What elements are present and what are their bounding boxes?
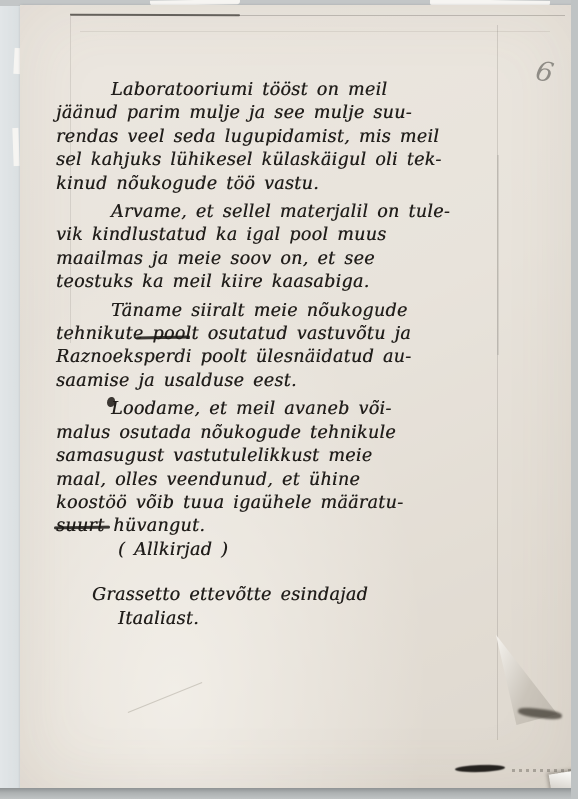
letter-line: jäänud parim mulje ja see mulje suu-	[56, 102, 516, 125]
letter-line: Grassetto ettevõtte esindajad	[92, 584, 516, 607]
scanned-letter-photo: 6 Laboratooriumi tööst on meiljäänud par…	[0, 0, 578, 799]
letter-line: malus osutada nõukogude tehnikule	[56, 422, 516, 445]
letter-line: ( Allkirjad )	[56, 539, 516, 562]
letter-line: saamise ja usalduse eest.	[56, 370, 516, 393]
letter-line: kinud nõukogude töö vastu.	[56, 173, 516, 196]
letter-line: teostuks ka meil kiire kaasabiga.	[56, 271, 516, 294]
torn-edge-fragment	[12, 128, 19, 166]
letter-line: Loodame, et meil avaneb või-	[56, 398, 516, 421]
photo-paper: 6 Laboratooriumi tööst on meiljäänud par…	[20, 5, 572, 789]
page-number: 6	[533, 56, 556, 90]
letter-line: samasugust vastutulelikkust meie	[56, 445, 516, 468]
scanner-background-bottom	[0, 788, 578, 799]
letter-line: Arvame, et sellel materjalil on tule-	[56, 201, 516, 224]
letter-line: koostöö võib tuua igaühele määratu-	[56, 492, 516, 515]
letter-line: Laboratooriumi tööst on meil	[56, 79, 516, 102]
ink-smudge-bottom	[455, 764, 505, 773]
letter-line: Raznoeksperdi poolt ülesnäidatud au-	[56, 346, 516, 369]
letter-line: tehnikute poolt osutatud vastuvõtu ja	[56, 323, 516, 346]
letter-line: maal, olles veendunud, et ühine	[56, 469, 516, 492]
page-top-edge-line	[70, 14, 240, 17]
letter-line: Itaaliast.	[118, 608, 516, 631]
letter-line: maailmas ja meie soov on, et see	[56, 248, 516, 271]
letter-line: Täname siiralt meie nõukogude	[56, 300, 516, 323]
letter-line: suurt hüvangut.	[56, 515, 516, 538]
scanner-background-right	[571, 0, 578, 799]
letter-line: sel kahjuks lühikesel külaskäigul oli te…	[56, 149, 516, 172]
page-top-edge-line-faint	[235, 15, 565, 16]
page-crease-line	[80, 31, 550, 32]
letter-line: vik kindlustatud ka igal pool muus	[56, 224, 516, 247]
letter-body: Laboratooriumi tööst on meiljäänud parim…	[56, 74, 516, 631]
letter-line: rendas veel seda lugupidamist, mis meil	[56, 126, 516, 149]
paper-scratch	[128, 682, 203, 713]
